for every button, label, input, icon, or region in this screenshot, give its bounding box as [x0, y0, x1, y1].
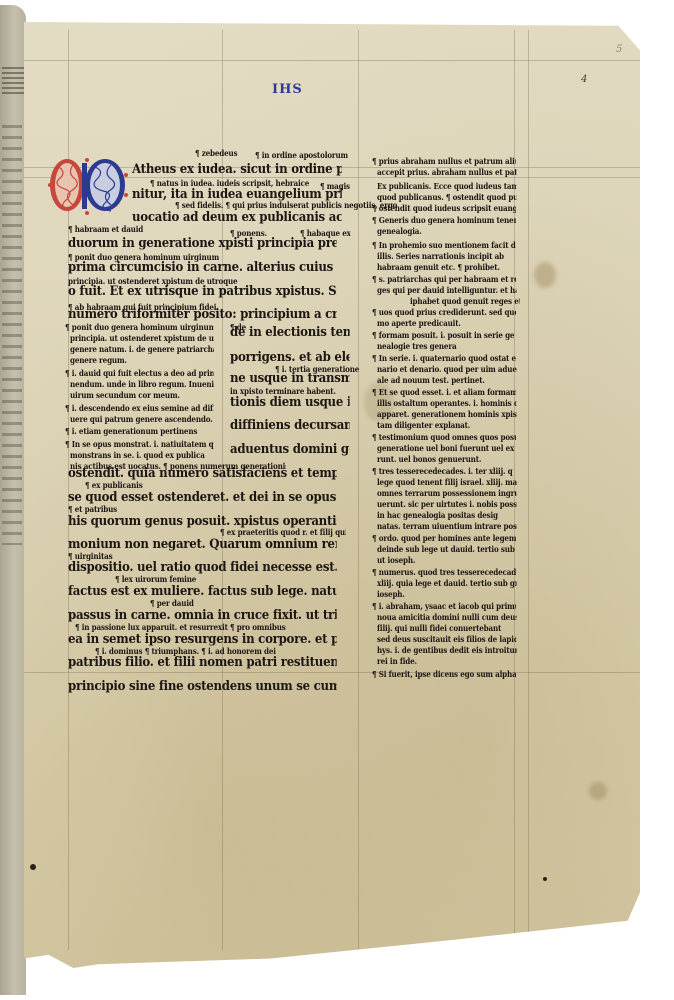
folio-number: 5: [616, 44, 622, 55]
interlinear-gloss: ¶ per dauid: [150, 598, 194, 608]
interlinear-gloss: ¶ ex praeteritis quod r. et filij quibus…: [220, 527, 346, 537]
marginal-gloss: iphabet quod genuit reges et: [410, 296, 520, 306]
marginal-gloss: ¶ formam posuit. i. posuit in serie ge: [372, 330, 516, 340]
marginal-gloss: noua amicitia domini nulli cum deus: [377, 612, 517, 622]
marginal-gloss: ¶ habraam et dauid: [68, 224, 143, 234]
marginal-gloss: illis ostaltum operantes. i. hominis quo…: [377, 398, 517, 408]
previous-leaf-text-lines: [2, 125, 22, 545]
main-text-line: ne usque in transmigra: [230, 371, 350, 387]
interlinear-gloss: ¶ ex publicanis: [85, 480, 143, 490]
marginal-gloss: omnes terrarum possessionem ingrua: [377, 488, 517, 498]
marginal-gloss: ¶ i. descendendo ex eius semine ad diffi…: [65, 403, 214, 413]
main-text-line: factus est ex muliere. factus sub lege. …: [68, 584, 337, 600]
marginal-gloss: apparet. generationem hominis xpisti: [377, 409, 517, 419]
marginal-gloss: nario et denario. quod per uim aduenit: [377, 364, 517, 374]
initial-m-icon: [47, 157, 131, 217]
marginal-gloss: ¶ In serie. i. quaternario quod ostat ex…: [372, 353, 516, 363]
interlinear-gloss: ¶ et patribus: [68, 504, 117, 514]
marginal-gloss: ut ioseph.: [377, 555, 517, 565]
illuminated-initial: [47, 157, 131, 217]
previous-leaf-edge: [0, 5, 26, 995]
marginal-gloss: ¶ i. abraham, ysaac et iacob qui primum: [372, 601, 516, 611]
marginal-gloss: accepit prius. abraham nullus et patrum …: [377, 167, 517, 177]
marginal-gloss: natas. terram uiuentium intrare possumus…: [377, 521, 517, 531]
main-text-line: nitur, ita in iudea euangelium primus sc…: [132, 187, 342, 203]
marginal-gloss: uirum secundum cor meum.: [70, 390, 214, 400]
running-head: IHS: [272, 82, 303, 97]
marginal-gloss: illis. Series narrationis incipit ab: [377, 251, 517, 261]
marginal-gloss: filij. qui nulli fidei conuertebant: [377, 623, 517, 633]
marginal-gloss: rei in fide.: [377, 656, 517, 666]
marginal-gloss: ¶ ordo. quod per homines ante legem et h…: [372, 533, 516, 543]
interlinear-gloss: ¶ zebedeus: [195, 148, 237, 158]
marginal-gloss: quod publicanus. ¶ ostendit quod publica…: [377, 192, 517, 202]
marginal-gloss: generatione uel boni fuerunt uel ex boni…: [377, 443, 517, 453]
marginal-gloss: ¶ i. etiam generationum pertinens: [65, 426, 214, 436]
main-text-line: de in electionis tempus: [230, 325, 350, 341]
marginal-gloss: ¶ prius abraham nullus et patrum alius. …: [372, 156, 516, 166]
wormhole: [30, 864, 36, 870]
stain: [534, 262, 556, 288]
ruling-line: [24, 60, 640, 61]
wormhole: [543, 877, 547, 881]
marginal-gloss: ioseph.: [377, 589, 517, 599]
ruling-line: [358, 30, 359, 950]
marginal-gloss: ¶ s. patriarchas qui per habraam et re: [372, 274, 516, 284]
main-text-line: numero triformiter posito: principium a …: [68, 307, 337, 323]
marginal-gloss: nendum. unde in libro regum. Inueni: [70, 379, 214, 389]
main-text-line: duorum in generatione xpisti principia p…: [68, 236, 337, 252]
marginal-gloss: in hac genealogia positas desig: [377, 510, 517, 520]
marginal-gloss: monstrans in se. i. quod ex publica: [70, 450, 214, 460]
marginal-gloss: genealogia.: [377, 226, 517, 236]
marginal-gloss: principia. ut ostenderet xpistum de utro…: [70, 333, 214, 343]
marginal-gloss: ¶ In se opus monstrat. i. natiuitatem qu…: [65, 439, 214, 449]
marginal-gloss: genere regum.: [70, 355, 214, 365]
marginal-gloss: ¶ testimonium quod omnes quos posuit in …: [372, 432, 516, 442]
marginal-gloss: ¶ i. dauid qui fuit electus a deo ad pri…: [65, 368, 214, 378]
interlinear-gloss: ¶ in passione lux apparuit. et resurrexi…: [75, 622, 300, 632]
marginal-gloss: ¶ In prohemio suo mentionem facit de: [372, 240, 516, 250]
marginal-gloss: habraam genuit etc. ¶ prohibet.: [377, 262, 517, 272]
marginal-gloss: runt. uel bonos genuerunt.: [377, 454, 517, 464]
main-text-line: principio sine fine ostendens unum se cu…: [68, 679, 337, 695]
marginal-gloss: Ex publicanis. Ecce quod iudeus tam: [377, 181, 517, 191]
marginal-gloss: ¶ Et se quod esset. i. et aliam formam i…: [372, 387, 516, 397]
main-text-line: patribus filio. et filii nomen patri res…: [68, 655, 337, 671]
marginal-gloss: uerunt. sic per uirtutes i. nobis possum: [377, 499, 517, 509]
marginal-gloss: sed deus suscitauit eis filios de lapidi…: [377, 634, 517, 644]
main-text-line: aduentus domini generationem: [230, 442, 350, 458]
marginal-gloss: ¶ uos quod prius crediderunt. sed quod d…: [372, 307, 516, 317]
main-text-line: tionis diem usque in xpistum: [230, 395, 350, 411]
previous-leaf-text-block: [2, 67, 24, 97]
marginal-gloss: ¶ tres tesserecedecades. i. ter xliij. q: [372, 466, 516, 476]
marginal-gloss: hys. i. de gentibus dedit eis introitum: [377, 645, 517, 655]
marginal-gloss: xliij. quia lege et dauid. tertio sub gr…: [377, 578, 517, 588]
marginal-gloss: tam diligenter explanat.: [377, 420, 517, 430]
ruling-line: [528, 30, 529, 950]
marginal-gloss: ale ad nouum test. pertinet.: [377, 375, 517, 385]
stain: [589, 782, 607, 800]
interlinear-gloss: ¶ in ordine apostolorum: [255, 150, 348, 160]
marginal-gloss: ¶ Si fuerit, ipse dicens ego sum alpha e…: [372, 669, 516, 679]
marginal-gloss: ¶ ostendit quod iudeus scripsit euangeli…: [372, 203, 516, 213]
main-text-line: Atheus ex iudea. sicut in ordine primus …: [132, 162, 342, 178]
marginal-gloss: genere natum. i. de genere patriarcharum…: [70, 344, 214, 354]
marginal-gloss: ¶ Generis duo genera hominum tenenda: [372, 215, 516, 225]
marginal-gloss: mo aperte predicauit.: [377, 318, 517, 328]
marginal-gloss: ¶ numerus. quod tres tesserecedecades. i…: [372, 567, 516, 577]
main-text-line: diffiniens decursam: [230, 418, 350, 434]
marginal-gloss: deinde sub lege ut dauid. tertio sub gra…: [377, 544, 517, 554]
main-text-line: prima circumcisio in carne. alterius cui…: [68, 260, 337, 276]
main-text-line: dispositio. uel ratio quod fidei necesse…: [68, 560, 337, 576]
marginal-gloss: lege quod tenent filij israel. xliij. ma…: [377, 477, 517, 487]
margin-mark: 4: [581, 74, 587, 85]
ruling-line: [24, 672, 640, 673]
main-text-line: o fuit. Et ex utrisque in patribus xpist…: [68, 284, 337, 300]
marginal-gloss: ges qui per dauid intelliguntur. et habr…: [377, 285, 517, 295]
interlinear-gloss: ¶ lex uirorum femine: [115, 574, 196, 584]
marginal-gloss: nealogie tres genera: [377, 341, 517, 351]
main-text-line: uocatio ad deum ex publicanis actibus fu…: [132, 210, 342, 226]
marginal-gloss: ¶ ponit duo genera hominum uirginum: [65, 322, 214, 332]
marginal-gloss: uere qui patrum genere ascendendo.: [70, 414, 214, 424]
